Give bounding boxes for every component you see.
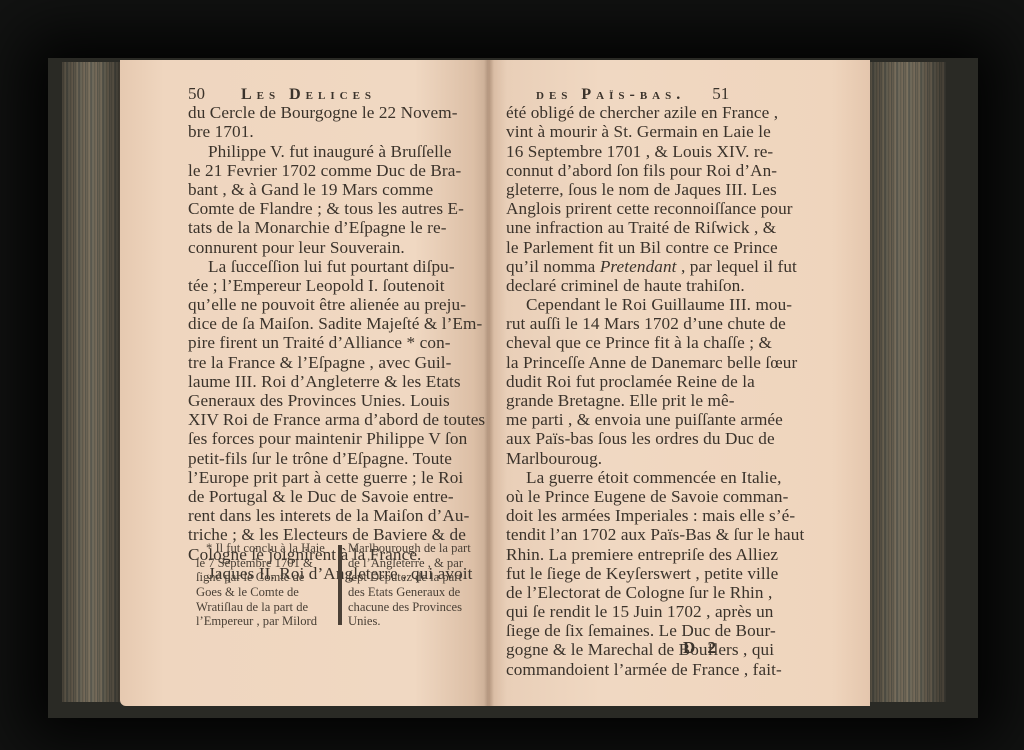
text-line: Marlbouroug. [506, 449, 806, 468]
text-line: dice de ſa Maiſon. Sadite Majeſté & l’Em… [188, 314, 484, 333]
text-line: de Portugal & le Duc de Savoie entre- [188, 487, 484, 506]
text-line: pire firent un Traité d’Alliance * con- [188, 333, 484, 352]
text-line: me parti , & envoia une puiſſante armée [506, 410, 806, 429]
text-line: l’Europe prit part à cette guerre ; le R… [188, 468, 484, 487]
text-line: grande Bretagne. Elle prit le mê- [506, 391, 806, 410]
text-line: XIV Roi de France arma d’abord de toutes [188, 410, 484, 429]
right-page-text: des Païs-bas. 51 été obligé de chercher … [506, 84, 806, 679]
text-line: tée ; l’Empereur Leopold I. ſoutenoit [188, 276, 484, 295]
text-line: ſes forces pour maintenir Philippe V ſon [188, 429, 484, 448]
footnote-line: Marlbourough de la part [348, 541, 484, 556]
right-running-head: des Païs-bas. 51 [506, 84, 806, 103]
text-line: rent dans les interets de la Maiſon d’Au… [188, 506, 484, 525]
footnote-line: Unies. [348, 614, 484, 629]
text-line: petit-fils ſur le trône d’Eſpagne. Toute [188, 449, 484, 468]
footnote-line: l’Empereur , par Milord [196, 614, 332, 629]
text-line: Generaux des Provinces Unies. Louis [188, 391, 484, 410]
text-line: ſiege de ſix ſemaines. Le Duc de Bour- [506, 621, 806, 640]
text-line: doit les armées Imperiales : mais elle s… [506, 506, 806, 525]
footnote-line: ſigné par le Comte de [196, 570, 332, 585]
book-photo: 50 Les Delices du Cercle de Bourgogne le… [0, 0, 1024, 750]
text-line: 16 Septembre 1701 , & Louis XIV. re- [506, 142, 806, 161]
footnote: * Il fut conclu à la Haie le 7 Septembre… [196, 541, 484, 629]
left-running-head: 50 Les Delices [188, 84, 484, 103]
text-line: vint à mourir à St. Germain en Laie le [506, 122, 806, 141]
text-line: tre la France & l’Eſpagne , avec Guil- [188, 353, 484, 372]
text-line: de l’Electorat de Cologne ſur le Rhin , [506, 583, 806, 602]
text-line: fut le ſiege de Keyſerswert , petite vil… [506, 564, 806, 583]
text-line: le Parlement fit un Bil contre ce Prince [506, 238, 806, 257]
footnote-line: de l’Angleterre , & par [348, 556, 484, 571]
footnote-column-rule [338, 545, 342, 625]
text-line: La guerre étoit commencée en Italie, [506, 468, 806, 487]
text-line: La ſucceſſion lui fut pourtant diſpu- [188, 257, 484, 276]
text-line: gleterre, ſous le nom de Jaques III. Les [506, 180, 806, 199]
text-line: Rhin. La premiere entrepriſe des Alliez [506, 545, 806, 564]
text-line: le 21 Fevrier 1702 comme Duc de Bra- [188, 161, 484, 180]
book-gutter [484, 60, 494, 706]
footnote-column-left: * Il fut conclu à la Haie le 7 Septembre… [196, 541, 332, 629]
text-line: été obligé de chercher azile en France , [506, 103, 806, 122]
running-head-title-left: Les Delices [241, 86, 376, 103]
left-page-text: 50 Les Delices du Cercle de Bourgogne le… [188, 84, 484, 583]
text-line: rut auſſi le 14 Mars 1702 d’une chute de [506, 314, 806, 333]
text-line: Philippe V. fut inauguré à Bruſſelle [188, 142, 484, 161]
text-line: qu’il nomma Pretendant , par lequel il f… [506, 257, 806, 276]
footnote-line: chacune des Provinces [348, 600, 484, 615]
text-line: du Cercle de Bourgogne le 22 Novem- [188, 103, 484, 122]
footnote-column-right: Marlbourough de la part de l’Angleterre … [348, 541, 484, 629]
text-line: Cependant le Roi Guillaume III. mou- [506, 295, 806, 314]
text-line: aux Païs-bas ſous les ordres du Duc de [506, 429, 806, 448]
page-number-right: 51 [712, 84, 729, 103]
footnote-line: Goes & le Comte de [196, 585, 332, 600]
page-number-left: 50 [188, 84, 205, 103]
footnote-line: le 7 Septembre 1701 & [196, 556, 332, 571]
text-line: tendit l’an 1702 aux Païs-Bas & ſur le h… [506, 525, 806, 544]
text-line: gogne & le Marechal de Bouflers , qui [506, 640, 806, 659]
text-line: bre 1701. [188, 122, 484, 141]
footnote-line: Wratiſlau de la part de [196, 600, 332, 615]
text-line: Anglois prirent cette reconnoiſſance pou… [506, 199, 806, 218]
text-line: qu’elle ne pouvoit être alienée au preju… [188, 295, 484, 314]
text-line: commandoient l’armée de France , fait- [506, 660, 806, 679]
footnote-line: * Il fut conclu à la Haie [196, 541, 332, 556]
signature-mark: D 2 [683, 638, 720, 658]
left-page-edges [62, 62, 120, 702]
footnote-line: des Etats Generaux de [348, 585, 484, 600]
text-line: bant , & à Gand le 19 Mars comme [188, 180, 484, 199]
footnote-line: ſept Deputez de la part [348, 570, 484, 585]
running-head-title-right: des Païs-bas. [536, 86, 685, 103]
right-page-edges [868, 62, 946, 702]
text-line: dudit Roi fut proclamée Reine de la [506, 372, 806, 391]
text-line: une infraction au Traité de Riſwick , & [506, 218, 806, 237]
text-line: cheval que ce Prince fit à la chaſſe ; & [506, 333, 806, 352]
text-line: connut d’abord ſon fils pour Roi d’An- [506, 161, 806, 180]
italic-word: Pretendant [600, 257, 677, 276]
text-line: la Princeſſe Anne de Danemarc belle ſœur [506, 353, 806, 372]
text-line: connurent pour leur Souverain. [188, 238, 484, 257]
text-line: où le Prince Eugene de Savoie comman- [506, 487, 806, 506]
text-line: Comte de Flandre ; & tous les autres E- [188, 199, 484, 218]
text-line: declaré criminel de haute trahiſon. [506, 276, 806, 295]
text-line: tats de la Monarchie d’Eſpagne le re- [188, 218, 484, 237]
text-line: laume III. Roi d’Angleterre & les Etats [188, 372, 484, 391]
text-line: qui ſe rendit le 15 Juin 1702 , après un [506, 602, 806, 621]
